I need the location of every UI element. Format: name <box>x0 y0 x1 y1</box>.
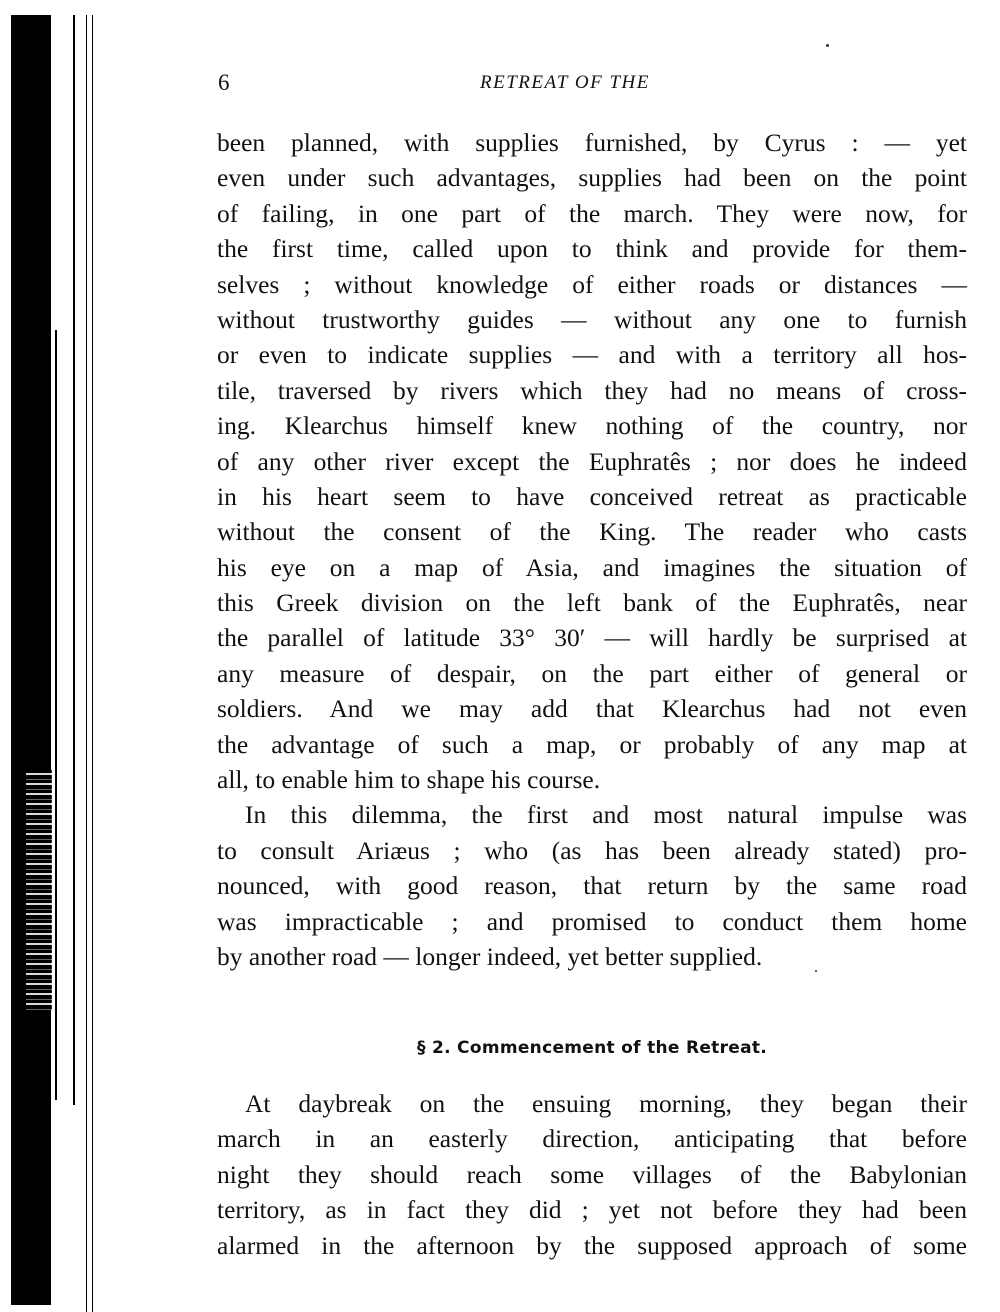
paragraph-1: been planned, with supplies furnished, b… <box>217 125 967 797</box>
running-title: RETREAT OF THE <box>480 72 650 94</box>
text-line: At daybreak on the ensuing morning, they… <box>217 1086 967 1121</box>
text-line: even under such advantages, supplies had… <box>217 160 967 195</box>
text-line: nounced, with good reason, that return b… <box>217 868 967 903</box>
paragraph-2: In this dilemma, the first and most natu… <box>217 797 967 974</box>
text-line: or even to indicate supplies — and with … <box>217 337 967 372</box>
paragraph-3: At daybreak on the ensuing morning, they… <box>217 1086 967 1263</box>
text-line: any measure of despair, on the part eith… <box>217 656 967 691</box>
scan-binding-edge <box>0 0 100 1312</box>
binding-speckle <box>26 770 52 1010</box>
text-line: of any other river except the Euphratês … <box>217 444 967 479</box>
text-line: all, to enable him to shape his course. <box>217 762 967 797</box>
binding-line <box>92 15 93 1312</box>
text-line: alarmed in the afternoon by the supposed… <box>217 1228 967 1263</box>
text-line: was impracticable ; and promised to cond… <box>217 904 967 939</box>
text-line: night they should reach some villages of… <box>217 1157 967 1192</box>
text-line: soldiers. And we may add that Klearchus … <box>217 691 967 726</box>
text-line: without the consent of the King. The rea… <box>217 514 967 549</box>
running-head: 6 RETREAT OF THE <box>218 70 968 100</box>
text-line: selves ; without knowledge of either roa… <box>217 267 967 302</box>
text-line: the advantage of such a map, or probably… <box>217 727 967 762</box>
text-line: the first time, called upon to think and… <box>217 231 967 266</box>
text-line: of failing, in one part of the march. Th… <box>217 196 967 231</box>
text-line: this Greek division on the left bank of … <box>217 585 967 620</box>
text-line: march in an easterly direction, anticipa… <box>217 1121 967 1156</box>
text-line: without trustworthy guides — without any… <box>217 302 967 337</box>
text-line: ing. Klearchus himself knew nothing of t… <box>217 408 967 443</box>
text-line: tile, traversed by rivers which they had… <box>217 373 967 408</box>
scan-speck <box>826 44 829 47</box>
page-number: 6 <box>218 70 230 96</box>
binding-line <box>73 15 75 1105</box>
text-line: In this dilemma, the first and most natu… <box>217 797 967 832</box>
text-line: by another road — longer indeed, yet bet… <box>217 939 967 974</box>
text-line: his eye on a map of Asia, and imagines t… <box>217 550 967 585</box>
text-line: been planned, with supplies furnished, b… <box>217 125 967 160</box>
binding-shadow <box>11 15 51 1305</box>
binding-line <box>55 330 57 1100</box>
body-text: been planned, with supplies furnished, b… <box>217 125 967 974</box>
text-line: the parallel of latitude 33° 30′ — will … <box>217 620 967 655</box>
text-line: to consult Ariæus ; who (as has been alr… <box>217 833 967 868</box>
binding-line <box>86 15 87 1312</box>
text-line: territory, as in fact they did ; yet not… <box>217 1192 967 1227</box>
text-line: in his heart seem to have conceived retr… <box>217 479 967 514</box>
body-text-continued: At daybreak on the ensuing morning, they… <box>217 1086 967 1263</box>
section-heading: § 2. Commencement of the Retreat. <box>217 1038 967 1058</box>
